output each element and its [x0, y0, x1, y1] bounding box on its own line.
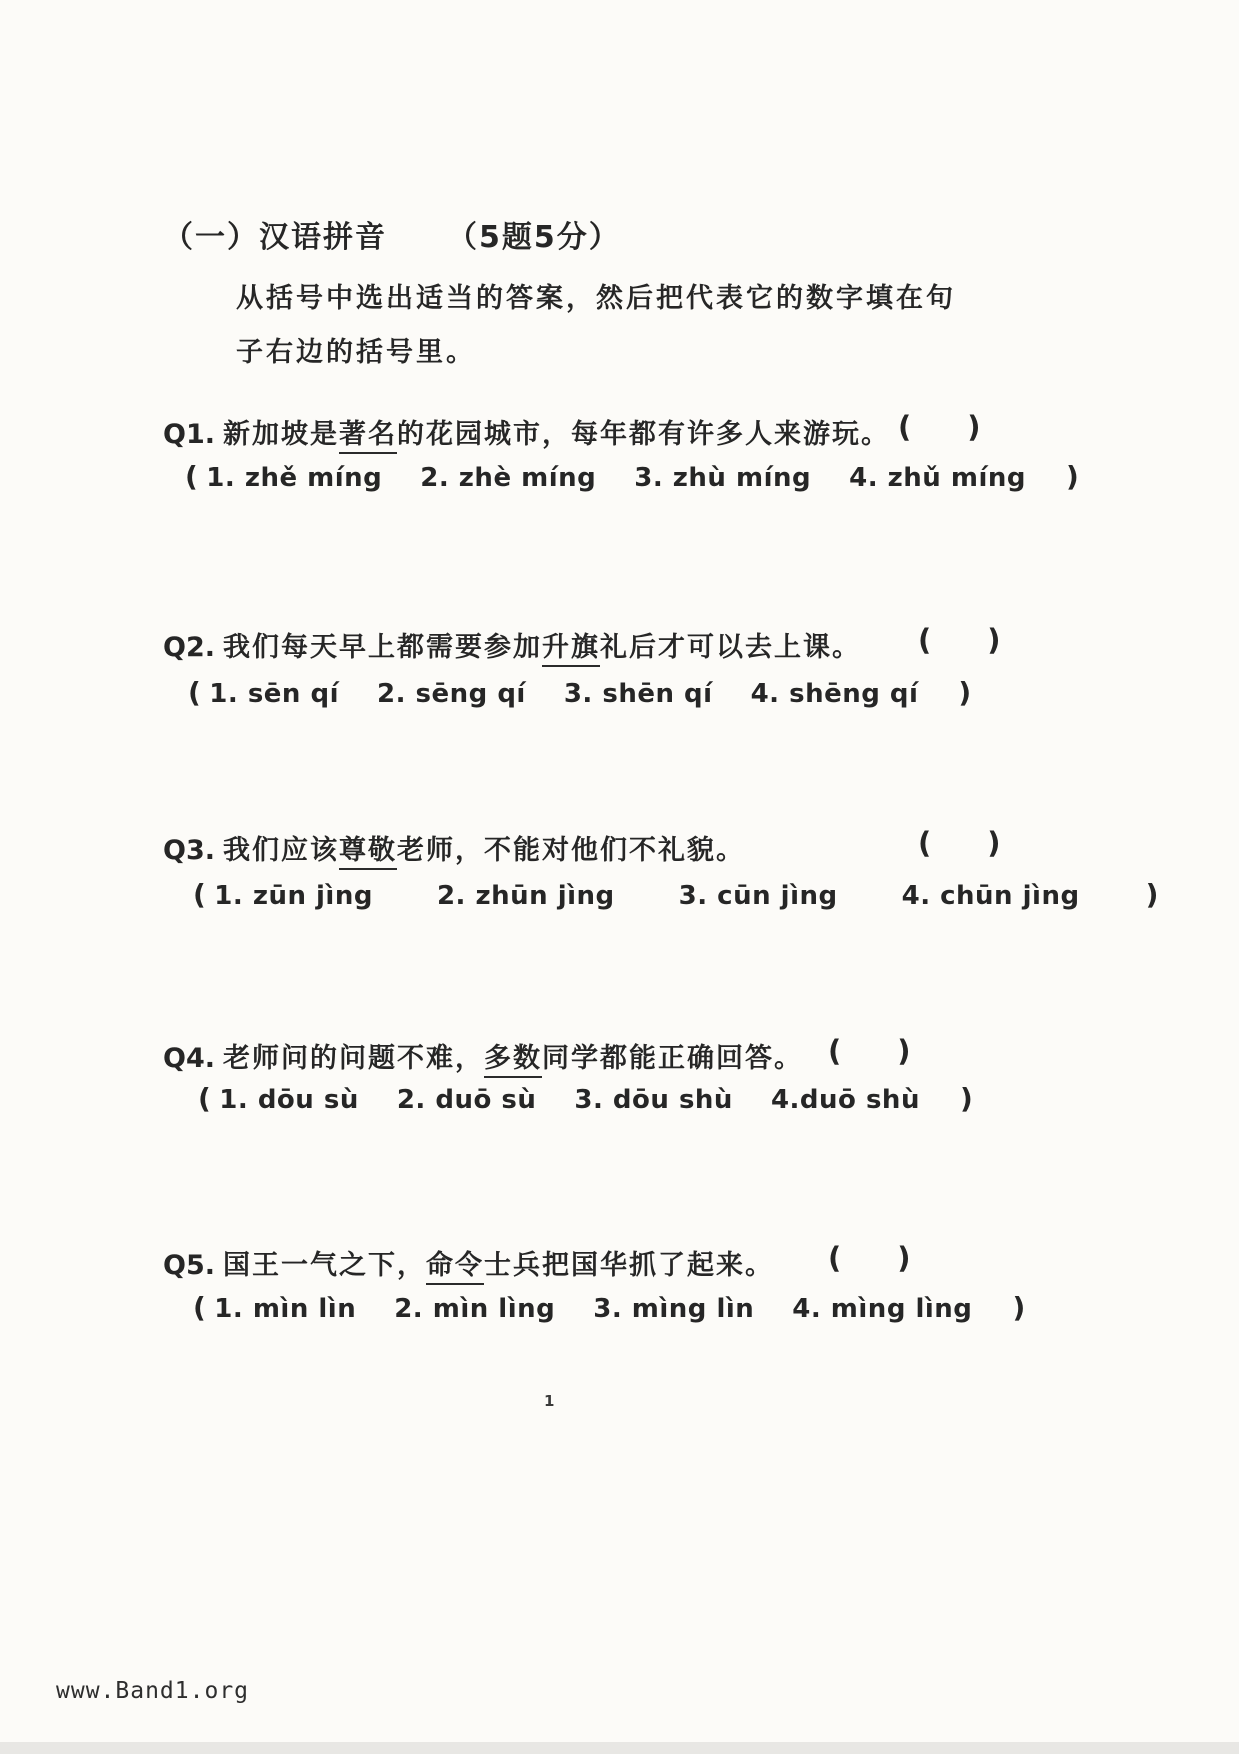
option-1: 1. sēn qí	[209, 679, 339, 709]
question-1-underlined-word: 著名	[339, 419, 397, 454]
question-3-underlined-word: 尊敬	[339, 835, 397, 870]
question-4-text-pre: 老师问的问题不难，	[223, 1043, 484, 1074]
question-2-options: (1. sēn qí2. sēng qí3. shēn qí4. shēng q…	[188, 676, 972, 709]
option-3: 3. zhù míng	[634, 463, 811, 493]
question-5-label: Q5.	[163, 1250, 215, 1281]
answer-bracket-close: )	[897, 1034, 910, 1068]
question-5-sentence: Q5.国王一气之下，命令士兵把国华抓了起来。	[163, 1243, 774, 1282]
question-2-label: Q2.	[163, 632, 215, 663]
options-close-paren: )	[1066, 460, 1079, 493]
section-heading: （一）汉语拼音（5题5分）	[163, 212, 621, 256]
option-4: 4. mìng lìng	[792, 1294, 972, 1324]
answer-bracket-open: (	[828, 1034, 841, 1068]
answer-bracket-open: (	[898, 410, 911, 444]
answer-bracket-close: )	[987, 623, 1000, 657]
option-4: 4. chūn jìng	[902, 881, 1080, 911]
question-1-text-post: 的花园城市，每年都有许多人来游玩。	[397, 419, 890, 450]
option-3: 3. shēn qí	[564, 679, 713, 709]
instructions-line-2: 子右边的括号里。	[236, 330, 476, 369]
option-1: 1. zhě míng	[206, 463, 382, 493]
question-4-label: Q4.	[163, 1043, 215, 1074]
option-4: 4. zhǔ míng	[849, 463, 1026, 493]
options-open-paren: (	[193, 878, 206, 911]
option-3: 3. cūn jìng	[679, 881, 838, 911]
option-4: 4.duō shù	[771, 1085, 920, 1115]
question-4-underlined-word: 多数	[484, 1043, 542, 1078]
question-2-text-post: 礼后才可以去上课。	[600, 632, 861, 663]
options-open-paren: (	[185, 460, 198, 493]
option-2: 2. duō sù	[397, 1085, 537, 1115]
question-5-options: (1. mìn lìn2. mìn lìng3. mìng lìn4. mìng…	[193, 1291, 1026, 1324]
question-3-label: Q3.	[163, 835, 215, 866]
option-2: 2. zhè míng	[420, 463, 596, 493]
watermark-url: www.Band1.org	[56, 1678, 249, 1704]
page-number: 1	[544, 1392, 554, 1410]
option-1: 1. mìn lìn	[214, 1294, 356, 1324]
question-2-text-pre: 我们每天早上都需要参加	[223, 632, 542, 663]
scanned-exam-page: （一）汉语拼音（5题5分） 从括号中选出适当的答案，然后把代表它的数字填在句 子…	[0, 0, 1239, 1754]
options-close-paren: )	[958, 676, 971, 709]
option-2: 2. mìn lìng	[394, 1294, 555, 1324]
section-points: （5题5分）	[447, 220, 621, 255]
instructions-line-1: 从括号中选出适当的答案，然后把代表它的数字填在句	[236, 276, 956, 315]
question-1-label: Q1.	[163, 419, 215, 450]
question-4-answer-bracket: ()	[828, 1034, 911, 1068]
answer-bracket-close: )	[967, 410, 980, 444]
options-open-paren: (	[193, 1291, 206, 1324]
question-2-sentence: Q2.我们每天早上都需要参加升旗礼后才可以去上课。	[163, 625, 861, 664]
question-3-options: (1. zūn jìng2. zhūn jìng3. cūn jìng4. ch…	[193, 878, 1159, 911]
options-close-paren: )	[1012, 1291, 1025, 1324]
question-2-answer-bracket: ()	[918, 623, 1001, 657]
options-close-paren: )	[1146, 878, 1159, 911]
options-open-paren: (	[188, 676, 201, 709]
answer-bracket-open: (	[918, 826, 931, 860]
answer-bracket-close: )	[897, 1241, 910, 1275]
option-1: 1. zūn jìng	[214, 881, 373, 911]
option-4: 4. shēng qí	[751, 679, 919, 709]
option-2: 2. sēng qí	[377, 679, 526, 709]
option-3: 3. mìng lìn	[593, 1294, 754, 1324]
question-5-text-pre: 国王一气之下，	[223, 1250, 426, 1281]
options-open-paren: (	[198, 1082, 211, 1115]
scan-edge-bar	[0, 1742, 1239, 1754]
option-3: 3. dōu shù	[574, 1085, 733, 1115]
question-4-text-post: 同学都能正确回答。	[542, 1043, 803, 1074]
answer-bracket-open: (	[918, 623, 931, 657]
section-title: （一）汉语拼音	[163, 220, 387, 255]
question-1-sentence: Q1.新加坡是著名的花园城市，每年都有许多人来游玩。	[163, 412, 890, 451]
question-1-options: (1. zhě míng2. zhè míng3. zhù míng4. zhǔ…	[185, 460, 1079, 493]
question-3-text-post: 老师，不能对他们不礼貌。	[397, 835, 745, 866]
option-1: 1. dōu sù	[219, 1085, 359, 1115]
question-4-options: (1. dōu sù2. duō sù3. dōu shù4.duō shù)	[198, 1082, 973, 1115]
question-1-answer-bracket: ()	[898, 410, 981, 444]
question-5-answer-bracket: ()	[828, 1241, 911, 1275]
question-1-text-pre: 新加坡是	[223, 419, 339, 450]
question-3-sentence: Q3.我们应该尊敬老师，不能对他们不礼貌。	[163, 828, 745, 867]
question-5-underlined-word: 命令	[426, 1250, 484, 1285]
option-2: 2. zhūn jìng	[437, 881, 615, 911]
answer-bracket-close: )	[987, 826, 1000, 860]
question-5-text-post: 士兵把国华抓了起来。	[484, 1250, 774, 1281]
question-3-text-pre: 我们应该	[223, 835, 339, 866]
question-2-underlined-word: 升旗	[542, 632, 600, 667]
options-close-paren: )	[960, 1082, 973, 1115]
answer-bracket-open: (	[828, 1241, 841, 1275]
question-3-answer-bracket: ()	[918, 826, 1001, 860]
question-4-sentence: Q4.老师问的问题不难，多数同学都能正确回答。	[163, 1036, 803, 1075]
